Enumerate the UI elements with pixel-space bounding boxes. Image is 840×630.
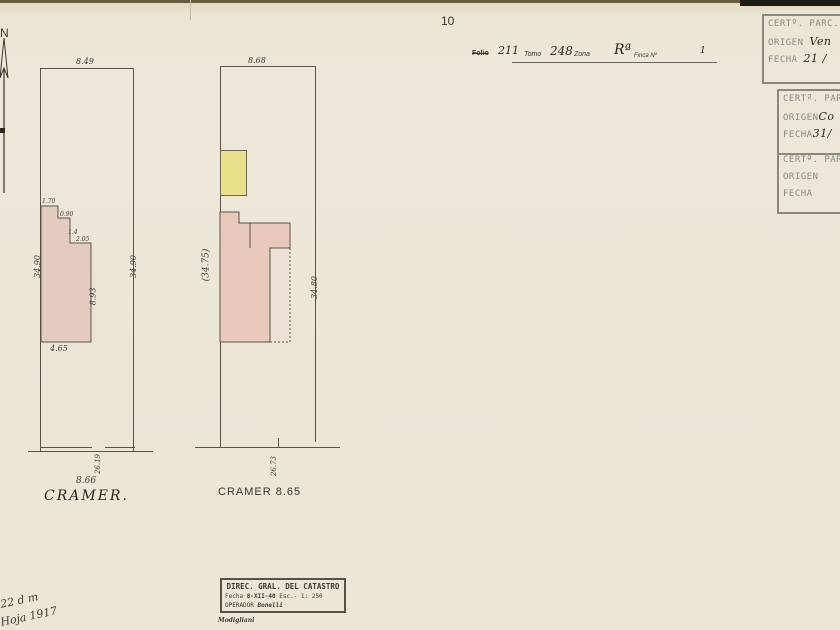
fecha-value: 8-XII-40	[247, 593, 276, 600]
stamp-fecha-value: 21 /	[804, 52, 827, 65]
stamp-origen-value: Co	[819, 110, 835, 123]
paper-dark-corner	[740, 0, 840, 6]
lot-left-street-name: CRAMER.	[44, 488, 129, 504]
boundary-line	[40, 68, 134, 69]
corner-tick	[278, 438, 279, 448]
catastro-stamp: DIREC. GRAL. DEL CATASTRO Fecha 8-XII-40…	[220, 578, 346, 613]
step-dim-1: 1.70	[42, 198, 55, 205]
lot-right-building	[218, 210, 294, 346]
finca-value: 1	[700, 46, 706, 56]
stamp-origen-label: ORIGEN	[783, 113, 819, 123]
stamp-title: CERTº. PARC.	[764, 16, 840, 33]
stamp-title: CERTº. PARC.	[779, 152, 840, 169]
lot-right-right-depth: 34.80	[310, 276, 319, 299]
escala: Esc.- 1: 250	[279, 593, 322, 600]
operador-value: Bonelli	[258, 602, 283, 609]
page-number: 10	[441, 14, 454, 28]
cert-parc-stamp-3: CERTº. PARC. ORIGEN FECHA	[777, 152, 840, 214]
stamp-fecha-label: FECHA	[783, 189, 813, 199]
lot-left-top-width: 8.49	[76, 57, 94, 66]
stamp-origen-label: ORIGEN	[768, 38, 804, 48]
lot-left-building-width: 4.65	[50, 344, 68, 353]
cert-parc-stamp-2: CERTº. PARC. ORIGENCo FECHA31/	[777, 89, 840, 155]
tomo-value: 248	[550, 44, 573, 58]
operador-label: OPERADOR	[225, 602, 254, 609]
sidewalk-line	[105, 447, 135, 448]
lot-left-corner-distance: 26.19	[94, 454, 102, 474]
zona-label: Zona	[574, 51, 590, 58]
step-dim-4: 2.05	[76, 236, 89, 243]
stamp-title: CERTº. PARC.	[779, 91, 840, 108]
step-dim-3: 1.4	[68, 229, 78, 236]
lot-right-street-name: CRAMER 8.65	[218, 486, 301, 498]
stamp-fecha-value: 31/	[813, 127, 832, 140]
paper-tear	[190, 0, 197, 20]
stamp-origen-value: Ven	[809, 35, 831, 48]
zona-value: Rª	[614, 42, 631, 58]
stamp-fecha-label: FECHA	[783, 130, 813, 140]
finca-label: Finca Nº	[634, 53, 657, 59]
boundary-line	[220, 66, 316, 67]
tomo-label: Tomo	[524, 51, 541, 58]
lot-left-front-width: 8.66	[76, 476, 96, 486]
street-line	[195, 447, 340, 448]
header-underline	[512, 62, 717, 63]
street-line	[28, 451, 153, 452]
lot-left-right-depth: 34.90	[129, 255, 138, 278]
fecha-label: Fecha	[225, 593, 243, 600]
signature: Modigliani	[218, 617, 254, 624]
stamp-fecha-label: FECHA	[768, 55, 798, 65]
cert-parc-stamp-1: CERTº. PARC. ORIGEN Ven FECHA 21 /	[762, 14, 840, 84]
boundary-line	[315, 66, 316, 442]
outbuilding-yellow	[220, 150, 247, 196]
sidewalk-line	[40, 447, 92, 448]
cadastral-sheet: 10 Folio 211 Tomo 248 Zona Rª Finca Nº 1…	[0, 0, 840, 630]
lot-right-top-width: 8.68	[248, 56, 266, 65]
north-arrow-icon	[0, 38, 10, 193]
lot-left-building-depth: 8.93	[88, 288, 97, 306]
lot-left-building	[40, 205, 95, 345]
folio-value: 211	[498, 44, 519, 57]
lot-left-left-depth: 34.90	[33, 255, 42, 278]
step-dim-2: 0.90	[60, 211, 73, 218]
stamp-origen-label: ORIGEN	[783, 172, 819, 182]
lot-right-corner-distance: 26.73	[270, 456, 278, 476]
paper-top-edge	[0, 0, 840, 3]
lot-right-left-depth: (34.75)	[201, 249, 211, 282]
catastro-title: DIREC. GRAL. DEL CATASTRO	[225, 582, 341, 591]
registry-header: Folio 211 Tomo 248 Zona Rª Finca Nº 1	[472, 44, 717, 64]
folio-label: Folio	[472, 50, 489, 57]
